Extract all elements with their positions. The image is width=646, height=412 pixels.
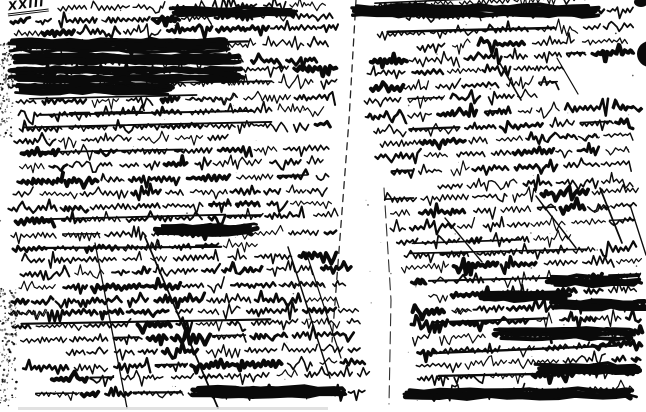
page-bottom-edge-shadow (18, 407, 328, 410)
handwriting-svg (0, 0, 646, 412)
manuscript-page: XXIII (0, 0, 646, 412)
